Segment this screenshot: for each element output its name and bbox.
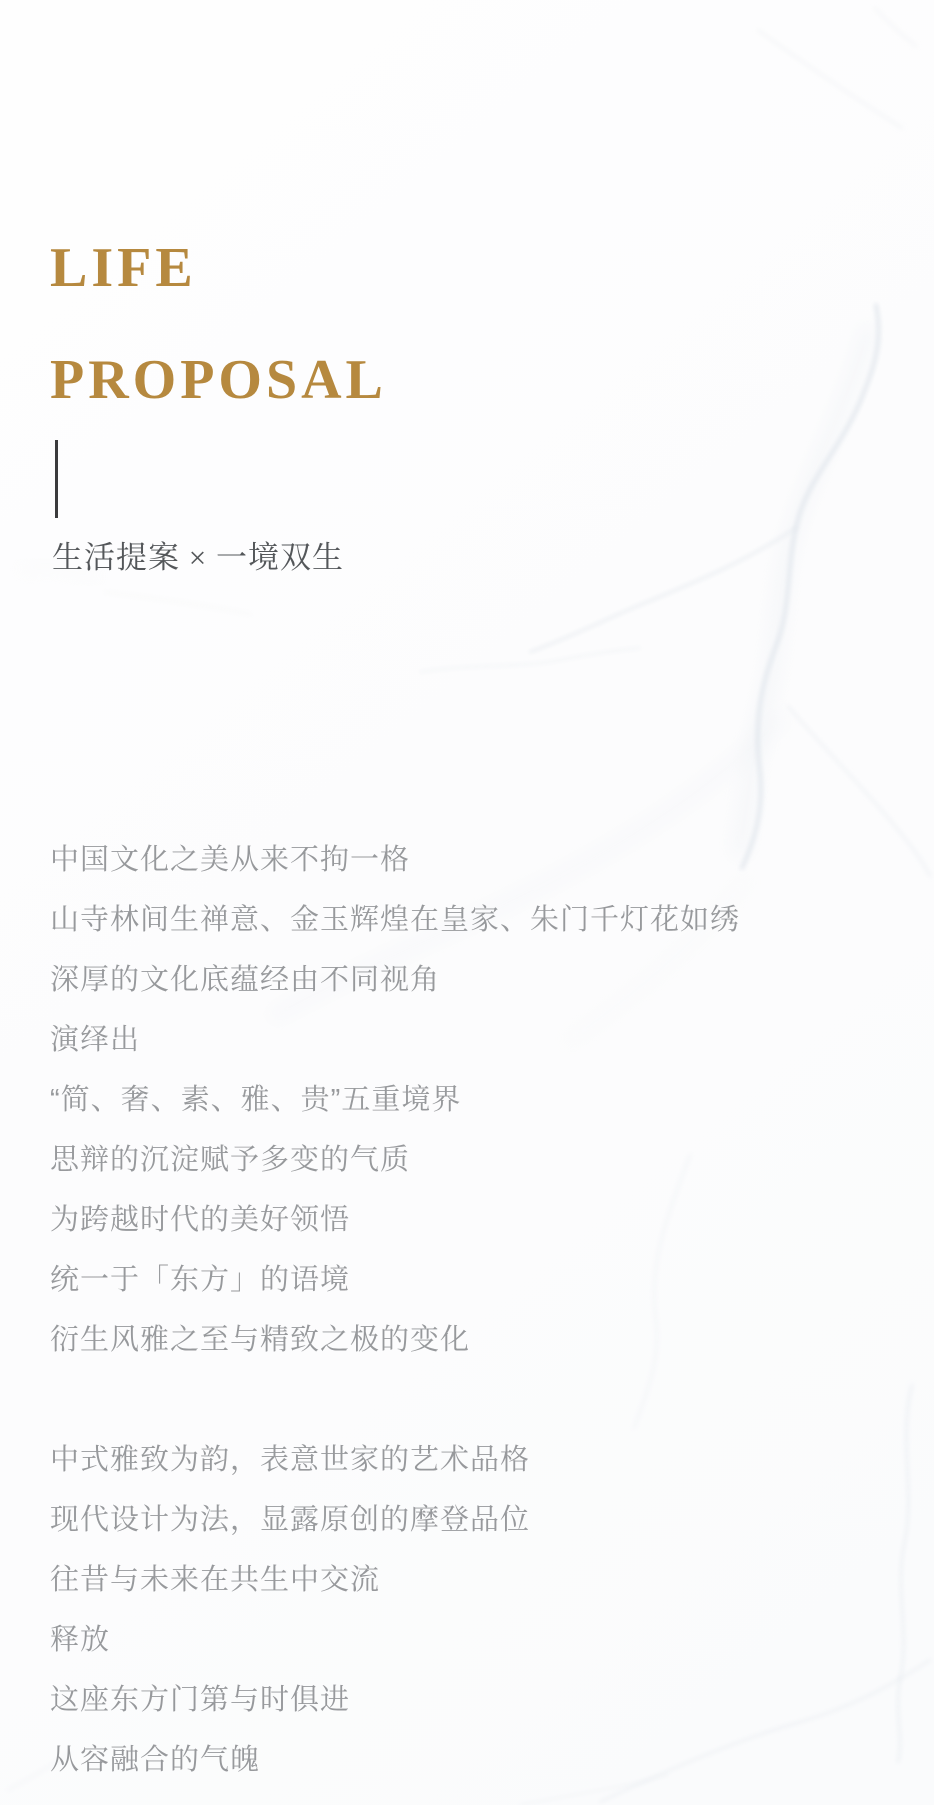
paragraph-line: 从容融合的气魄	[50, 1730, 530, 1790]
paragraph-line: 衍生风雅之至与精致之极的变化	[50, 1310, 740, 1370]
paragraph-line: 现代设计为法，显露原创的摩登品位	[50, 1490, 530, 1550]
page-title-line-2: PROPOSAL	[50, 350, 387, 410]
paragraph-line: “简、奢、素、雅、贵”五重境界	[50, 1070, 740, 1130]
paragraph-line: 释放	[50, 1610, 530, 1670]
paragraph-line: 往昔与未来在共生中交流	[50, 1550, 530, 1610]
title-divider	[55, 440, 58, 518]
paragraph-line: 思辩的沉淀赋予多变的气质	[50, 1130, 740, 1190]
paragraph-line: 这座东方门第与时俱进	[50, 1670, 530, 1730]
intro-paragraph: 中国文化之美从来不拘一格 山寺林间生禅意、金玉辉煌在皇家、朱门千灯花如绣 深厚的…	[50, 830, 740, 1370]
paragraph-line: 中式雅致为韵，表意世家的艺术品格	[50, 1430, 530, 1490]
paragraph-line: 山寺林间生禅意、金玉辉煌在皇家、朱门千灯花如绣	[50, 890, 740, 950]
paragraph-line: 深厚的文化底蕴经由不同视角	[50, 950, 740, 1010]
page: LIFE PROPOSAL 生活提案 × 一境双生 中国文化之美从来不拘一格 山…	[0, 0, 934, 1805]
page-subtitle: 生活提案 × 一境双生	[52, 538, 344, 578]
paragraph-line: 为跨越时代的美好领悟	[50, 1190, 740, 1250]
paragraph-line: 演绎出	[50, 1010, 740, 1070]
page-title-line-1: LIFE	[50, 238, 197, 298]
paragraph-line: 中国文化之美从来不拘一格	[50, 830, 740, 890]
closing-paragraph: 中式雅致为韵，表意世家的艺术品格 现代设计为法，显露原创的摩登品位 往昔与未来在…	[50, 1430, 530, 1790]
paragraph-line: 统一于「东方」的语境	[50, 1250, 740, 1310]
